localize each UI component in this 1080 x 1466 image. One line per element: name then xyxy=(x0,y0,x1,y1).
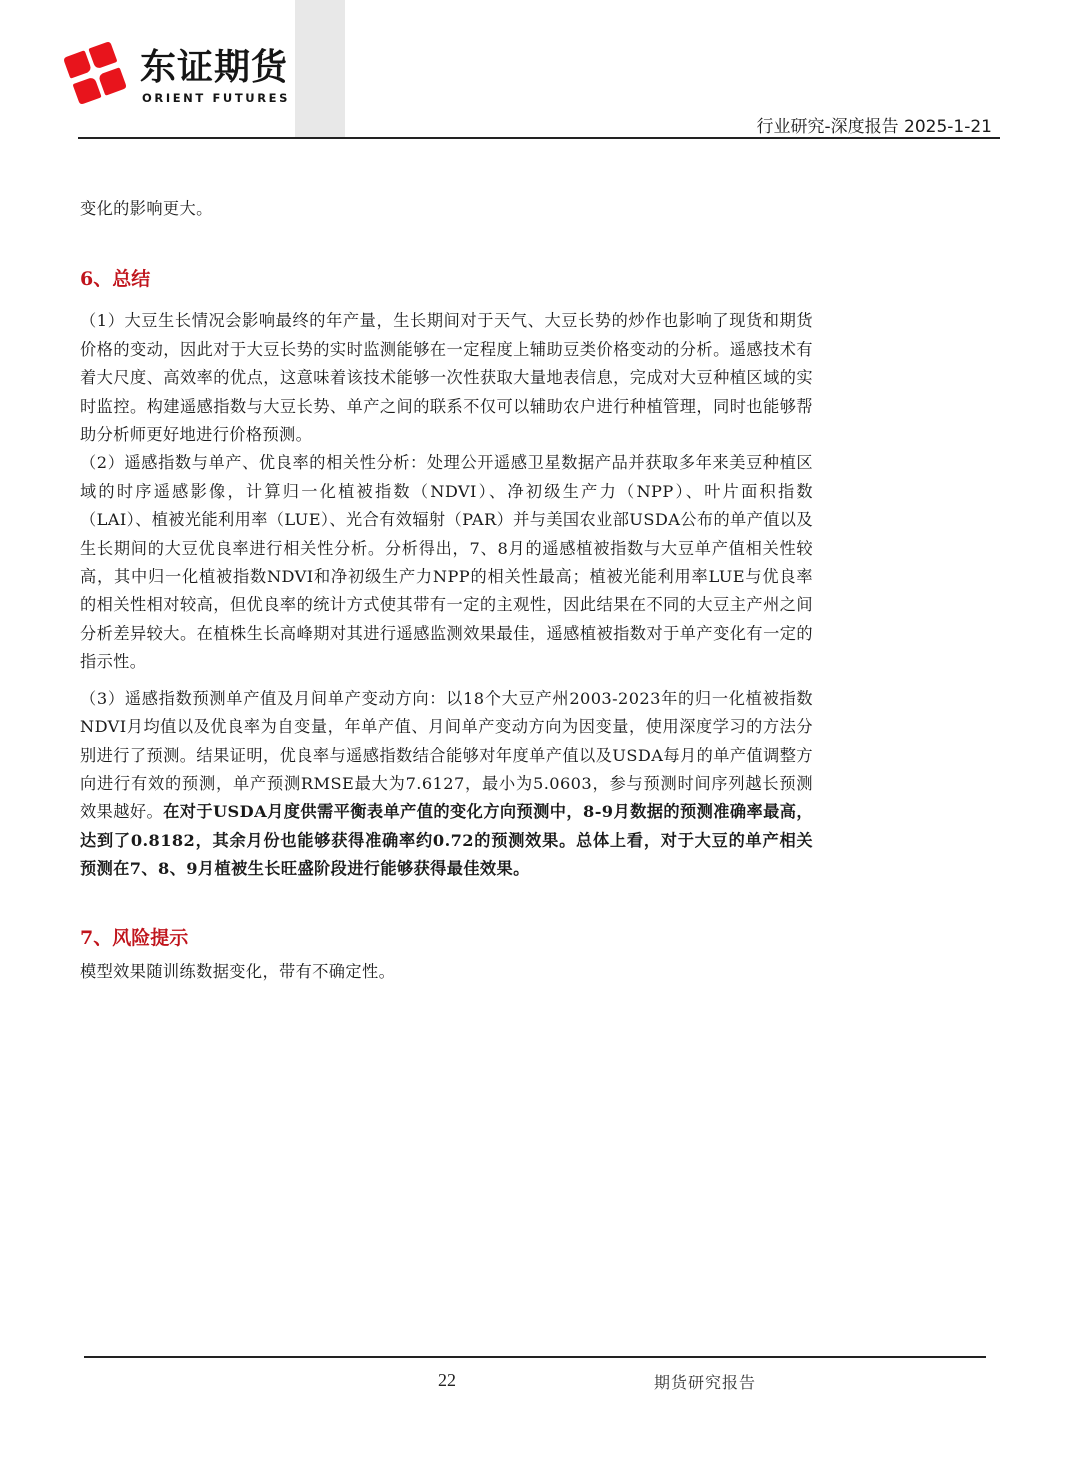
summary-paragraph-3-bold: 在对于USDA月度供需平衡表单产值的变化方向预测中，8-9月数据的预测准确率最高… xyxy=(80,802,813,878)
section-title-risk: 7、风险提示 xyxy=(80,924,813,952)
header-divider xyxy=(78,137,1000,139)
risk-paragraph: 模型效果随训练数据变化，带有不确定性。 xyxy=(80,958,813,986)
report-body: 变化的影响更大。 6、总结 （1）大豆生长情况会影响最终的年产量，生长期间对于天… xyxy=(80,195,813,986)
company-logo: 东证期货 ORIENT FUTURES xyxy=(62,40,292,110)
summary-paragraph-1: （1）大豆生长情况会影响最终的年产量，生长期间对于天气、大豆长势的炒作也影响了现… xyxy=(80,307,813,449)
summary-paragraph-2: （2）遥感指数与单产、优良率的相关性分析：处理公开遥感卫星数据产品并获取多年来美… xyxy=(80,449,813,676)
page-number: 22 xyxy=(438,1370,456,1391)
logo-chinese-name: 东证期货 xyxy=(140,48,288,88)
report-type-date: 行业研究-深度报告 2025-1-21 xyxy=(756,112,992,137)
footer-report-label: 期货研究报告 xyxy=(654,1370,756,1393)
intro-tail-text: 变化的影响更大。 xyxy=(80,195,813,223)
summary-paragraph-3: （3）遥感指数预测单产值及月间单产变动方向：以18个大豆产州2003-2023年… xyxy=(80,685,813,884)
footer-divider xyxy=(84,1356,986,1358)
orient-futures-logo-icon xyxy=(62,40,128,106)
section-title-summary: 6、总结 xyxy=(80,265,813,293)
header-gray-band xyxy=(295,0,345,138)
logo-english-name: ORIENT FUTURES xyxy=(142,91,290,105)
